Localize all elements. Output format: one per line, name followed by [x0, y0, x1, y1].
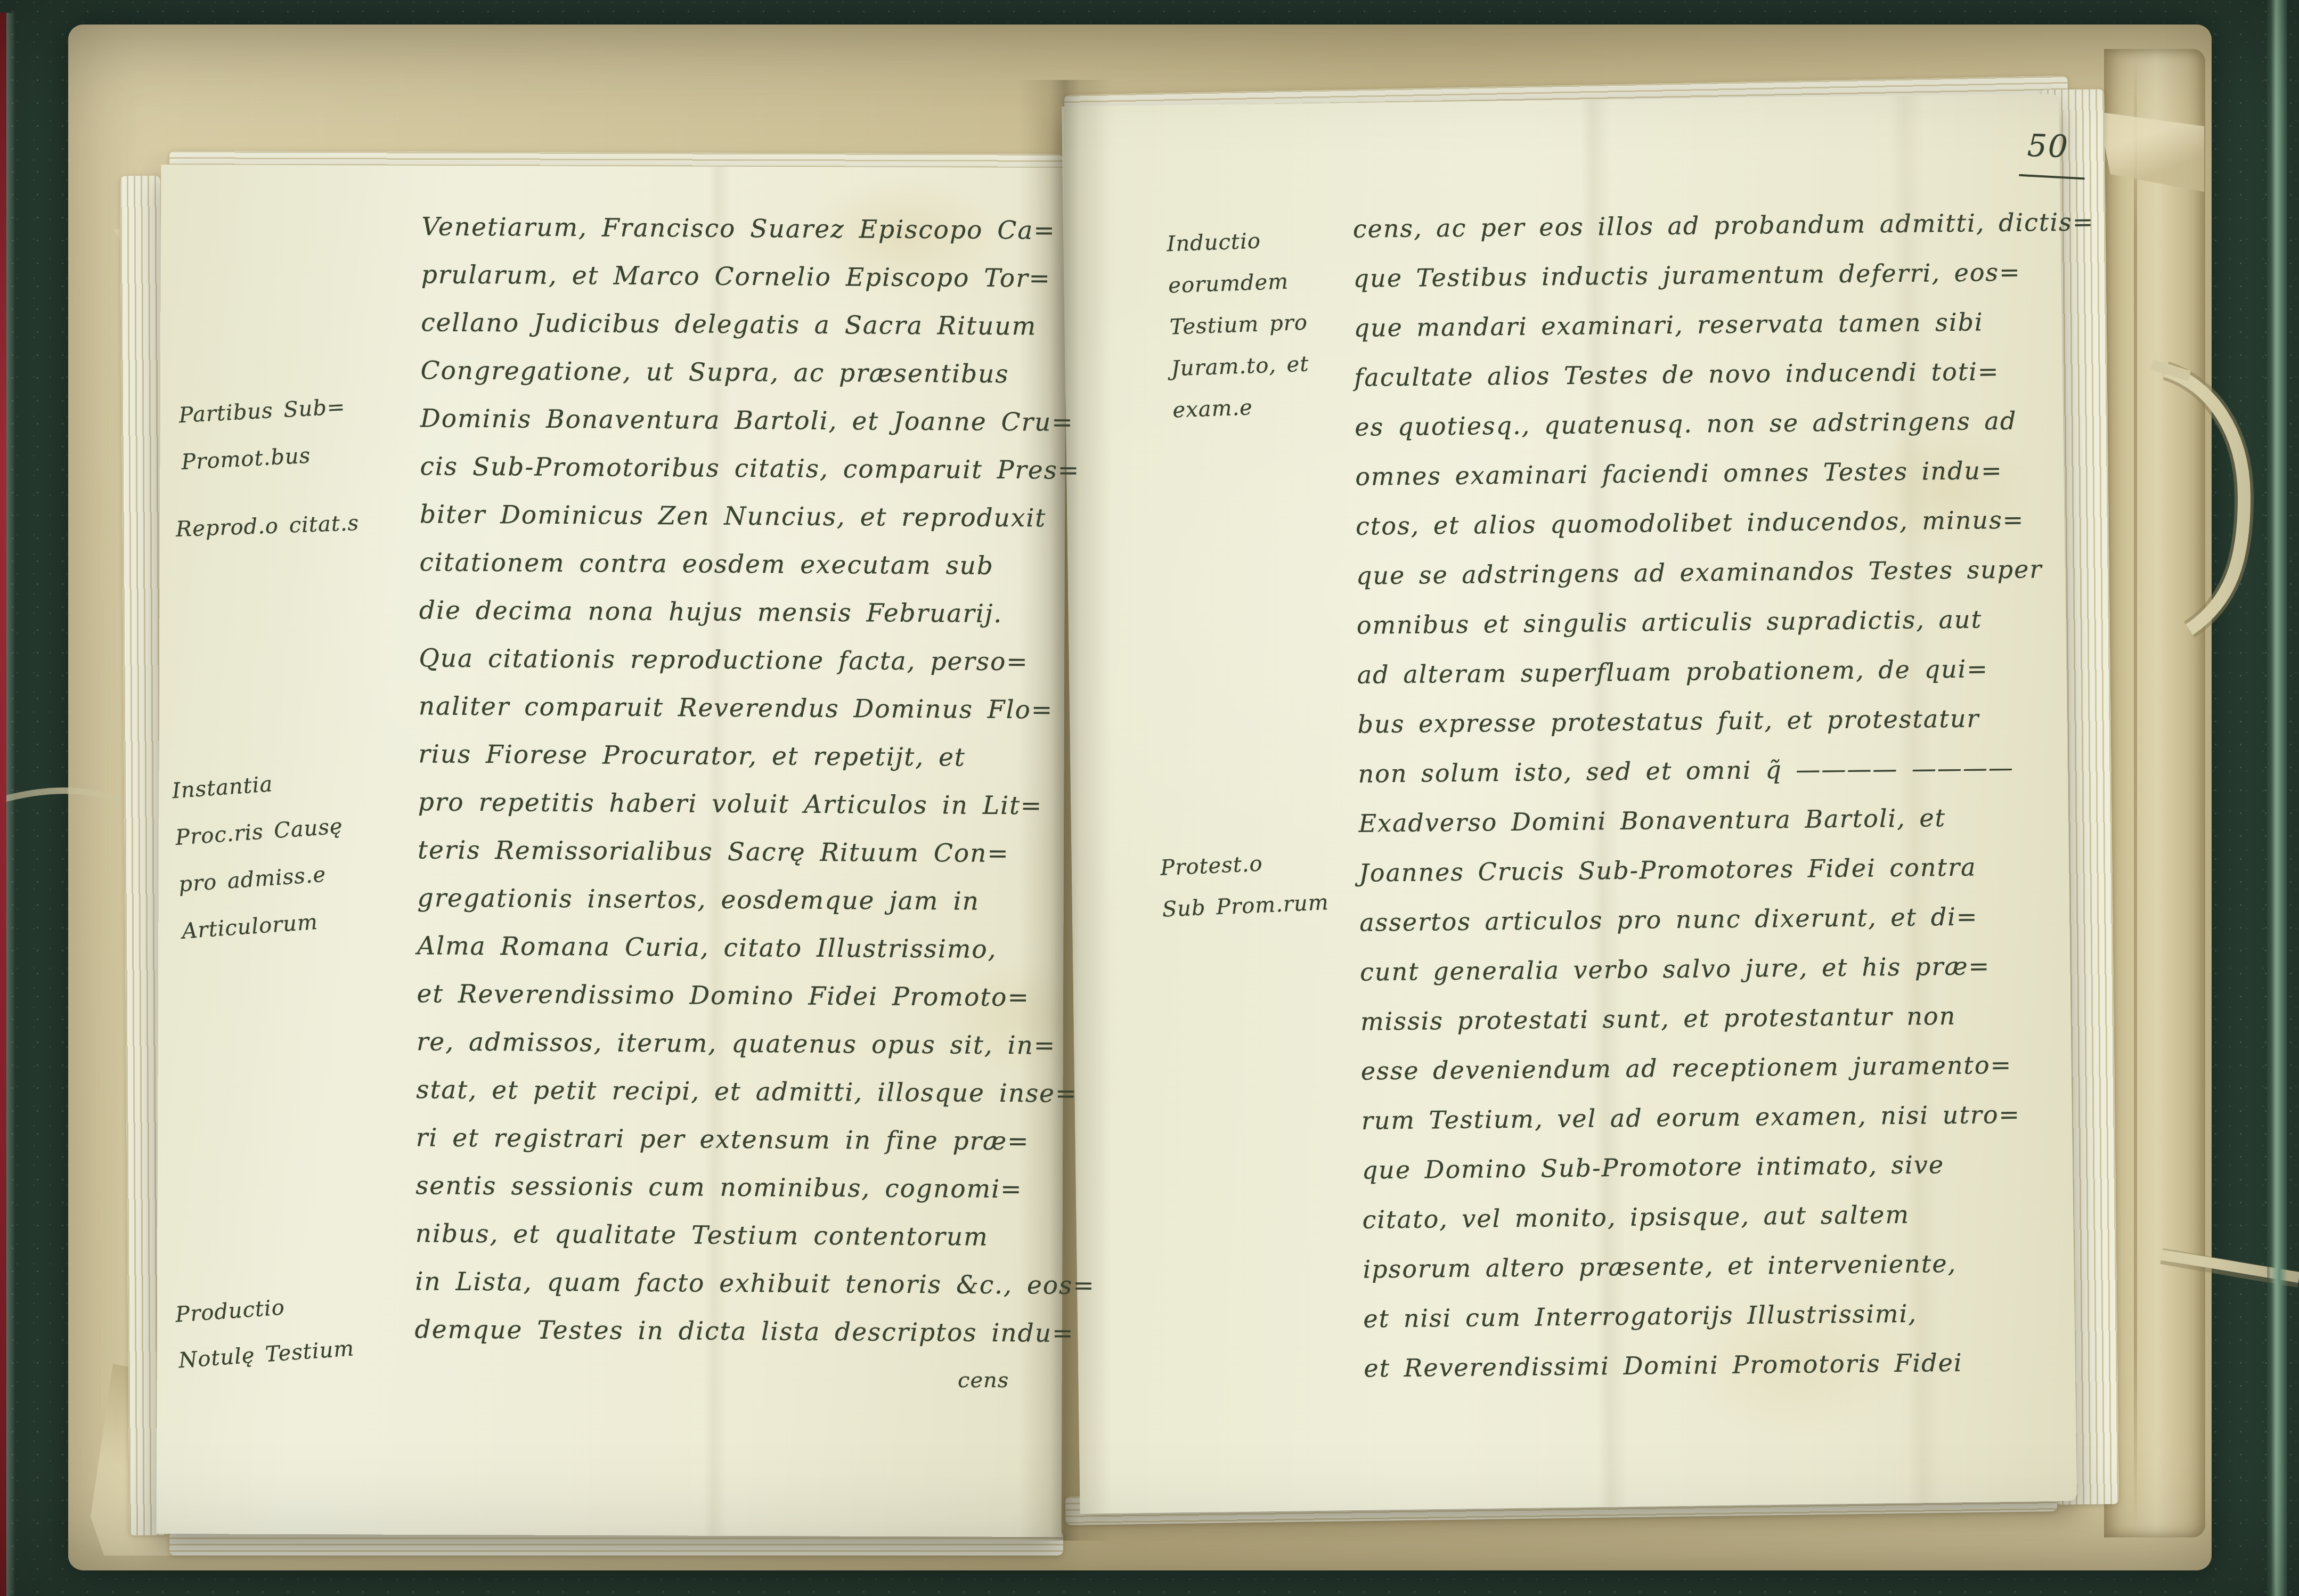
manuscript-text-line: nibus, et qualitate Testium contentorum — [415, 1210, 1063, 1261]
catchword: cens — [958, 1368, 1009, 1393]
manuscript-text-line: sentis sessionis cum nominibus, cognomi= — [415, 1162, 1063, 1214]
manuscript-text-line: omnes examinari faciendi omnes Testes in… — [1355, 445, 2096, 501]
tie-cord-upper — [2166, 371, 2244, 630]
manuscript-text-line: que Testibus inductis juramentum deferri… — [1353, 247, 2094, 303]
red-edge-strip — [0, 13, 6, 1596]
manuscript-text-line: Venetiarum, Francisco Suarez Episcopo Ca… — [421, 203, 1069, 255]
manuscript-text-line: die decima nona hujus mensis Februarij. — [419, 587, 1067, 638]
manuscript-text-line: es quotiesq., quatenusq. non se adstring… — [1355, 395, 2096, 452]
left-page-text: Venetiarum, Francisco Suarez Episcopo Ca… — [414, 203, 1069, 1357]
margin-note-instantia: InstantiaProc.ris Causępro admiss.eArtic… — [170, 756, 351, 955]
manuscript-text-line: omnibus et singulis articulis supradicti… — [1356, 593, 2097, 650]
manuscript-text-line: Joannes Crucis Sub-Promotores Fidei cont… — [1359, 841, 2100, 898]
manuscript-text-line: stat, et petit recipi, et admitti, illos… — [416, 1066, 1064, 1118]
manuscript-text-line: prularum, et Marco Cornelio Episcopo Tor… — [421, 251, 1069, 303]
tie-cord-left — [0, 791, 119, 800]
manuscript-text-line: ri et registrari per extensum in fine pr… — [416, 1114, 1064, 1166]
manuscript-text-line: rum Testium, vel ad eorum examen, nisi u… — [1361, 1089, 2102, 1145]
manuscript-text-line: cis Sub-Promotoribus citatis, comparuit … — [420, 443, 1067, 494]
manuscript-text-line: que se adstringens ad examinandos Testes… — [1356, 544, 2097, 600]
manuscript-text-line: Congregatione, ut Supra, ac præsentibus — [420, 347, 1068, 398]
margin-note-reproductio: Reprod.o citat.s — [175, 500, 360, 553]
margin-note-partibus: Partibus Sub=Promot.bus — [178, 384, 349, 486]
margin-note-productio: ProductioNotulę Testium — [174, 1280, 356, 1384]
manuscript-text-line: esse deveniendum ad receptionem jurament… — [1360, 1039, 2101, 1096]
margin-note-inductio: InductioeorumdemTestium proJuram.to, ete… — [1166, 219, 1311, 431]
manuscript-text-line: cunt generalia verbo salvo jure, et his … — [1360, 940, 2101, 997]
manuscript-text-line: facultate alios Testes de novo inducendi… — [1354, 346, 2095, 402]
glass-edge-left — [6, 13, 15, 1596]
tie-cord-upper-root — [2152, 364, 2189, 376]
margin-note-line: Protest.o — [1160, 840, 1328, 889]
manuscript-text-line: biter Dominicus Zen Nuncius, et reprodux… — [420, 491, 1067, 542]
margin-note-line: Sub Prom.rum — [1161, 882, 1330, 931]
manuscript-text-line: citato, vel monito, ipsisque, aut saltem — [1362, 1188, 2103, 1244]
margin-note-line: Partibus Sub= — [178, 384, 347, 439]
glass-edge-right — [2267, 0, 2287, 1596]
margin-note-line: exam.e — [1172, 385, 1311, 431]
manuscript-text-line: et nisi cum Interrogatorijs Illustrissim… — [1363, 1287, 2104, 1343]
manuscript-text-line: Qua citationis reproductione facta, pers… — [419, 634, 1066, 686]
manuscript-text-line: bus expresse protestatus fuit, et protes… — [1357, 693, 2098, 749]
margin-note-line: Promot.bus — [180, 430, 349, 486]
manuscript-photo: 50 Partibus Sub=Promot.bus Reprod.o cita… — [0, 0, 2299, 1596]
manuscript-text-line: et Reverendissimi Domini Promotoris Fide… — [1364, 1337, 2105, 1393]
manuscript-text-line: pro repetitis haberi voluit Articulos in… — [418, 778, 1065, 830]
manuscript-text-line: rius Fiorese Procurator, et repetijt, et — [418, 730, 1066, 782]
right-page-text: cens, ac per eos illos ad probandum admi… — [1352, 197, 2104, 1393]
manuscript-text-line: re, admissos, iterum, quatenus opus sit,… — [417, 1018, 1064, 1070]
manuscript-text-line: cellano Judicibus delegatis a Sacra Ritu… — [421, 299, 1069, 351]
margin-note-line: eorumdem — [1168, 260, 1307, 307]
manuscript-text-line: demque Testes in dicta lista descriptos … — [414, 1306, 1062, 1357]
margin-note-line: Juram.to, et — [1170, 343, 1309, 389]
manuscript-text-line: Exadverso Domini Bonaventura Bartoli, et — [1358, 792, 2099, 848]
margin-note-line: Reprod.o citat.s — [175, 500, 360, 553]
manuscript-text-line: assertos articulos pro nunc dixerunt, et… — [1359, 891, 2100, 947]
manuscript-text-line: Alma Romana Curia, citato Illustrissimo, — [417, 922, 1065, 974]
manuscript-text-line: ad alteram superfluam probationem, de qu… — [1357, 643, 2098, 699]
manuscript-text-line: que Domino Sub-Promotore intimato, sive — [1362, 1138, 2102, 1195]
manuscript-text-line: et Reverendissimo Domino Fidei Promoto= — [417, 970, 1064, 1022]
manuscript-text-line: naliter comparuit Reverendus Dominus Flo… — [419, 682, 1066, 734]
manuscript-text-line: Dominis Bonaventura Bartoli, et Joanne C… — [420, 395, 1068, 446]
manuscript-text-line: ipsorum altero præsente, et intervenient… — [1363, 1237, 2104, 1294]
manuscript-text-line: teris Remissorialibus Sacrę Rituum Con= — [418, 826, 1065, 878]
folio-number: 50 — [2027, 127, 2069, 165]
manuscript-text-line: citationem contra eosdem executam sub — [419, 539, 1067, 590]
manuscript-text-line: gregationis insertos, eosdemque jam in — [417, 874, 1065, 926]
manuscript-text-line: missis protestati sunt, et protestantur … — [1360, 990, 2101, 1046]
manuscript-text-line: ctos, et alios quomodolibet inducendos, … — [1356, 494, 2097, 551]
manuscript-text-line: cens, ac per eos illos ad probandum admi… — [1352, 197, 2093, 254]
manuscript-text-line: non solum isto, sed et omni q̃ ———— ———— — [1358, 742, 2099, 799]
margin-note-protestatio: Protest.oSub Prom.rum — [1160, 840, 1330, 931]
manuscript-text-line: in Lista, quam facto exhibuit tenoris &c… — [415, 1258, 1063, 1309]
margin-note-line: Inductio — [1166, 219, 1305, 265]
manuscript-text-line: que mandari examinari, reservata tamen s… — [1354, 296, 2094, 353]
margin-note-line: Testium pro — [1169, 302, 1308, 348]
